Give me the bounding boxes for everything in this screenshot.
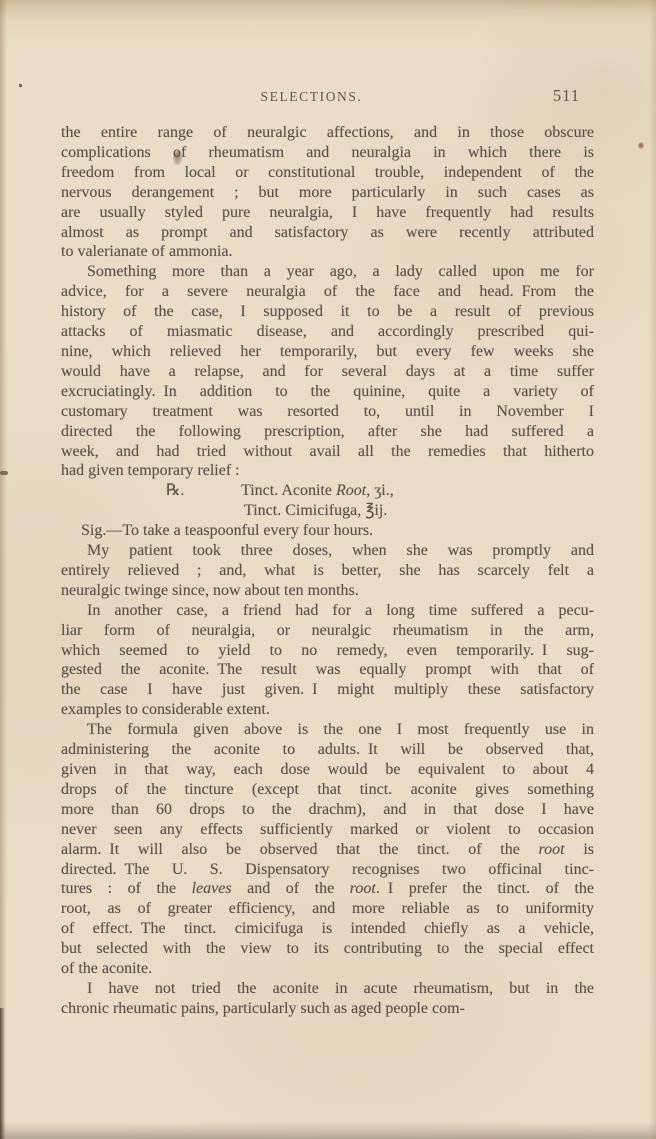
red-paper-speck	[638, 142, 644, 149]
text-segment: examples to considerable extent.	[61, 701, 270, 718]
text-line: nine, which relieved her temporarily, bu…	[61, 342, 594, 362]
text-segment: to valerianate of ammonia.	[61, 243, 232, 260]
text-line: to valerianate of ammonia.	[61, 242, 594, 262]
text-line: which seemed to yield to no remedy, even…	[61, 641, 594, 661]
text-segment: would have a relapse, and for several da…	[61, 363, 594, 380]
text-line: Something more than a year ago, a lady c…	[61, 262, 594, 282]
text-segment: almost as prompt and satisfactory as wer…	[61, 224, 594, 241]
text-segment: Sig.—To take a teaspoonful every four ho…	[81, 522, 373, 539]
text-segment: administering the aconite to adults. It …	[61, 741, 594, 758]
text-segment: drops of the tincture (except that tinct…	[61, 781, 594, 798]
text-segment: which seemed to yield to no remedy, even…	[61, 642, 594, 659]
text-line: I have not tried the aconite in acute rh…	[61, 979, 594, 999]
paragraph: the entire range of neuralgic affections…	[61, 123, 594, 262]
text-line: tures : of the leaves and of the root. I…	[61, 879, 594, 899]
text-segment: . I prefer the tinct. of the	[376, 880, 594, 897]
text-line: but selected with the view to its contri…	[61, 939, 594, 959]
text-line: drops of the tincture (except that tinct…	[61, 780, 594, 800]
text-segment: directed the following prescription, aft…	[61, 423, 594, 440]
paragraph: Something more than a year ago, a lady c…	[61, 262, 594, 481]
text-line: customary treatment was resorted to, unt…	[61, 402, 594, 422]
text-line: neuralgic twinge since, now about ten mo…	[61, 581, 594, 601]
text-segment: never seen any effects sufficiently mark…	[61, 821, 594, 838]
text-line: almost as prompt and satisfactory as wer…	[61, 223, 594, 243]
text-line: excruciatingly. In addition to the quini…	[61, 382, 594, 402]
text-segment: ℞.	[166, 481, 241, 501]
text-line: The formula given above is the one I mos…	[61, 720, 594, 740]
text-segment: neuralgic twinge since, now about ten mo…	[61, 582, 359, 599]
text-segment: entirely relieved ; and, what is better,…	[61, 562, 594, 579]
text-line: would have a relapse, and for several da…	[61, 362, 594, 382]
text-segment: attacks of miasmatic disease, and accord…	[61, 323, 594, 340]
text-line: attacks of miasmatic disease, and accord…	[61, 322, 594, 342]
text-segment: In another case, a friend had for a long…	[87, 602, 594, 619]
text-line: freedom from local or constitutional tro…	[61, 163, 594, 183]
text-segment: I have not tried the aconite in acute rh…	[87, 980, 594, 997]
text-line: the case I have just given. I might mult…	[61, 680, 594, 700]
running-header: SELECTIONS. 511	[61, 89, 594, 105]
text-segment: but selected with the view to its contri…	[61, 940, 594, 957]
text-segment: root	[350, 880, 376, 897]
paragraph: My patient took three doses, when she wa…	[61, 541, 594, 601]
text-line: In another case, a friend had for a long…	[61, 601, 594, 621]
text-line: entirely relieved ; and, what is better,…	[61, 561, 594, 581]
text-line: liar form of neuralgia, or neuralgic rhe…	[61, 621, 594, 641]
text-line: alarm. It will also be observed that the…	[61, 840, 594, 860]
text-segment: freedom from local or constitutional tro…	[61, 164, 594, 181]
text-segment: , ʒi.,	[366, 482, 394, 499]
text-segment: alarm. It will also be observed that the…	[61, 841, 539, 858]
page-number: 511	[553, 86, 580, 106]
text-line: directed. The U. S. Dispensatory recogni…	[61, 860, 594, 880]
paragraph: In another case, a friend had for a long…	[61, 601, 594, 720]
text-segment: Something more than a year ago, a lady c…	[87, 263, 594, 280]
text-segment: is	[565, 841, 594, 858]
text-line: Tinct. Cimicifuga, ℥ij.	[61, 501, 594, 521]
text-segment: history of the case, I supposed it to be…	[61, 303, 594, 320]
text-segment: The formula given above is the one I mos…	[87, 721, 594, 738]
text-segment: leaves	[192, 880, 232, 897]
text-line: history of the case, I supposed it to be…	[61, 302, 594, 322]
text-segment: liar form of neuralgia, or neuralgic rhe…	[61, 622, 594, 639]
text-line: ℞.Tinct. Aconite Root, ʒi.,	[61, 481, 594, 501]
text-segment: of effect. The tinct. cimicifuga is inte…	[61, 920, 594, 937]
page-edge-right-shadow	[649, 0, 656, 1139]
text-segment: of the aconite.	[61, 960, 152, 977]
text-segment: the entire range of neuralgic affections…	[61, 124, 594, 141]
text-line: gested the aconite. The result was equal…	[61, 660, 594, 680]
text-line: My patient took three doses, when she wa…	[61, 541, 594, 561]
text-line: chronic rheumatic pains, particularly su…	[61, 999, 594, 1019]
paragraph: The formula given above is the one I mos…	[61, 720, 594, 979]
text-segment: Root	[336, 482, 366, 499]
text-line: the entire range of neuralgic affections…	[61, 123, 594, 143]
text-segment: more than 60 drops to the drachm), and i…	[61, 801, 594, 818]
book-page-scan: { "colors": { "paper": "#e9ddc6", "ink":…	[0, 0, 656, 1139]
text-segment: complications of rheumatism and neuralgi…	[61, 144, 594, 161]
text-line: week, and had tried without avail all th…	[61, 442, 594, 462]
text-line: complications of rheumatism and neuralgi…	[61, 143, 594, 163]
page-edge-left-dark-strip	[0, 1008, 5, 1139]
text-segment: given in that way, each dose would be eq…	[61, 761, 594, 778]
text-segment: are usually styled pure neuralgia, I hav…	[61, 204, 594, 221]
text-line: root, as of greater efficiency, and more…	[61, 899, 594, 919]
text-segment: customary treatment was resorted to, unt…	[61, 403, 594, 420]
text-segment: had given temporary relief :	[61, 462, 240, 479]
text-line: nervous derangement ; but more particula…	[61, 183, 594, 203]
text-line: directed the following prescription, aft…	[61, 422, 594, 442]
paper-speck	[19, 84, 22, 87]
text-segment: chronic rheumatic pains, particularly su…	[61, 1000, 465, 1017]
text-segment: Tinct. Aconite	[241, 482, 336, 499]
paragraph: I have not tried the aconite in acute rh…	[61, 979, 594, 1019]
text-segment: excruciatingly. In addition to the quini…	[61, 383, 594, 400]
text-segment: gested the aconite. The result was equal…	[61, 661, 594, 678]
text-segment: Tinct. Cimicifuga, ℥ij.	[244, 502, 387, 519]
text-line: are usually styled pure neuralgia, I hav…	[61, 203, 594, 223]
text-segment: My patient took three doses, when she wa…	[87, 542, 594, 559]
text-line: examples to considerable extent.	[61, 700, 594, 720]
text-segment: and of the	[232, 880, 350, 897]
text-segment: tures : of the	[61, 880, 192, 897]
text-segment: advice, for a severe neuralgia of the fa…	[61, 283, 594, 300]
text-line: had given temporary relief :	[61, 461, 594, 481]
text-line: of effect. The tinct. cimicifuga is inte…	[61, 919, 594, 939]
text-segment: root, as of greater efficiency, and more…	[61, 900, 594, 917]
text-segment: the case I have just given. I might mult…	[61, 681, 594, 698]
text-segment: nervous derangement ; but more particula…	[61, 184, 594, 201]
section-title: SELECTIONS.	[45, 89, 578, 105]
text-line: never seen any effects sufficiently mark…	[61, 820, 594, 840]
text-segment: nine, which relieved her temporarily, bu…	[61, 343, 594, 360]
text-line: given in that way, each dose would be eq…	[61, 760, 594, 780]
page-edge-left-shadow	[0, 0, 7, 1139]
signa-line: Sig.—To take a teaspoonful every four ho…	[61, 521, 594, 541]
text-line: advice, for a severe neuralgia of the fa…	[61, 282, 594, 302]
prescription-block: ℞.Tinct. Aconite Root, ʒi.,Tinct. Cimici…	[61, 481, 594, 521]
text-line: of the aconite.	[61, 959, 594, 979]
text-line: Sig.—To take a teaspoonful every four ho…	[61, 521, 594, 541]
text-segment: directed. The U. S. Dispensatory recogni…	[61, 861, 594, 878]
text-segment: root	[539, 841, 565, 858]
text-segment: week, and had tried without avail all th…	[61, 443, 594, 460]
text-line: more than 60 drops to the drachm), and i…	[61, 800, 594, 820]
text-line: administering the aconite to adults. It …	[61, 740, 594, 760]
page-body: the entire range of neuralgic affections…	[61, 123, 594, 1019]
